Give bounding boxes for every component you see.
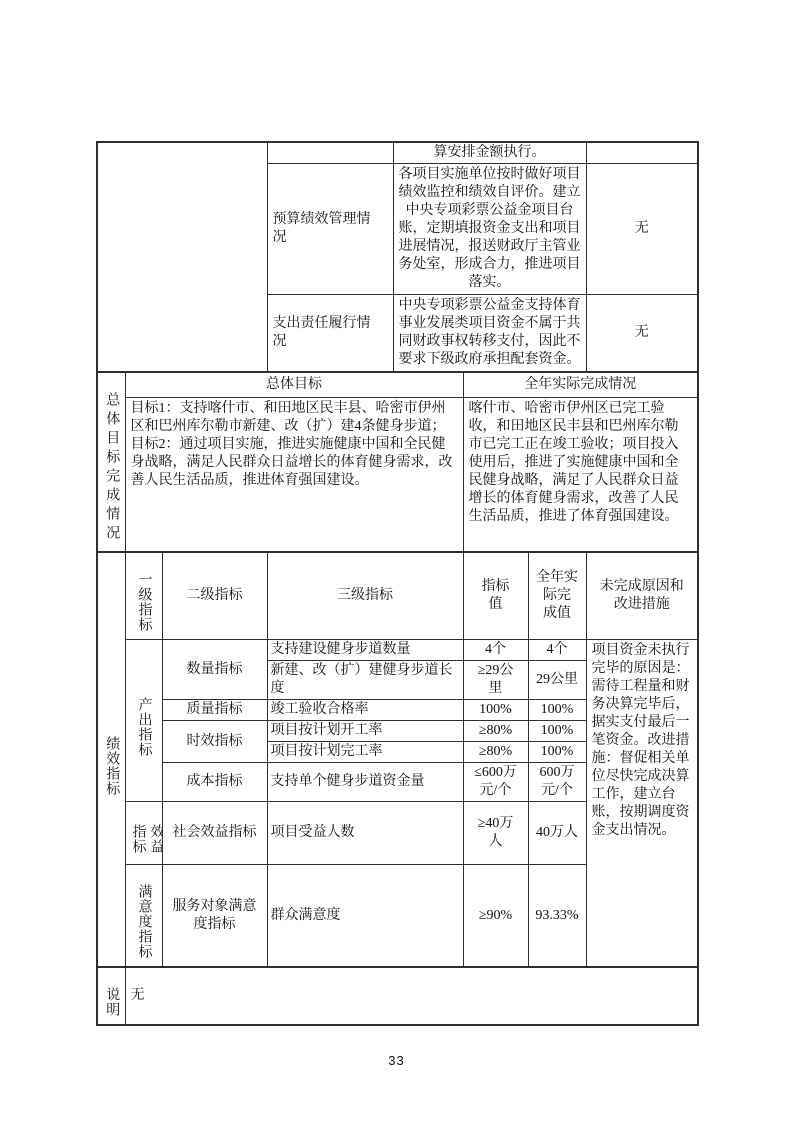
header-level1-text: 一级指标 — [135, 572, 153, 632]
header-level2: 二级指标 — [162, 552, 267, 640]
completion-header: 全年实际完成情况 — [463, 372, 698, 397]
indicator-actual: 100% — [528, 700, 586, 721]
indicator-name: 项目按计划完工率 — [267, 742, 463, 763]
indicator-target: 4个 — [463, 640, 528, 661]
goal-text: 目标1：支持喀什市、和田地区民丰县、哈密市伊州区和巴州库尔勒市新建、改（扩）建4… — [125, 397, 463, 552]
remarks-content: 无 — [125, 967, 698, 1025]
level1-satisfaction-text: 满意度指标 — [135, 884, 153, 959]
indicator-actual: 600万 元/个 — [528, 763, 586, 802]
cell-empty — [267, 142, 393, 164]
level1-benefit: 效益指标 — [125, 802, 162, 865]
expenditure-duty-content: 中央专项彩票公益金支持体育事业发展类项目资金不属于共同财政事权转移支付，因此不要… — [393, 295, 586, 373]
reason-text: 项目资金未执行完毕的原因是：需待工程量和财务决算完毕后，据实支付最后一笔资金。改… — [586, 640, 698, 968]
cell-empty — [586, 142, 698, 164]
header-actual: 全年实 际完 成值 — [528, 552, 586, 640]
indicators-vertical-label: 绩效指标 — [102, 736, 120, 796]
indicator-actual: 100% — [528, 742, 586, 763]
header-level1: 一级指标 — [125, 552, 162, 640]
indicator-target: ≥29公 里 — [463, 661, 528, 700]
indicator-name: 新建、改（扩）建健身步道长度 — [267, 661, 463, 700]
side-label-overall-goal: 总体目标完成情况 — [97, 372, 125, 552]
header-level3: 三级指标 — [267, 552, 463, 640]
header-target: 指标 值 — [463, 552, 528, 640]
side-label-indicators: 绩效指标 — [97, 552, 125, 967]
indicator-target: ≥90% — [463, 865, 528, 968]
level1-output-text: 产出指标 — [135, 697, 153, 757]
level2-quality: 质量指标 — [162, 700, 267, 721]
row-label-expenditure-duty: 支出责任履行情 况 — [267, 295, 393, 373]
remarks-vertical-label: 说明 — [102, 987, 120, 1017]
cell-prev-section-left — [97, 142, 267, 372]
completion-text: 喀什市、哈密市伊州区已完工验收，和田地区民丰县和巴州库尔勒市已完工正在竣工验收；… — [463, 397, 698, 552]
budget-performance-status: 无 — [586, 164, 698, 295]
indicator-target: ≤600万 元/个 — [463, 763, 528, 802]
header-reason: 未完成原因和 改进措施 — [586, 552, 698, 640]
indicator-actual: 100% — [528, 721, 586, 742]
indicator-name: 竣工验收合格率 — [267, 700, 463, 721]
indicator-actual: 93.33% — [528, 865, 586, 968]
level2-service-satisfaction: 服务对象满意 度指标 — [162, 865, 267, 968]
indicator-name: 项目按计划开工率 — [267, 721, 463, 742]
level2-timeliness: 时效指标 — [162, 721, 267, 763]
budget-performance-content: 各项目实施单位按时做好项目绩效监控和绩效自评价。建立中央专项彩票公益金项目台账，… — [393, 164, 586, 295]
indicator-actual: 40万人 — [528, 802, 586, 865]
level2-cost: 成本指标 — [162, 763, 267, 802]
document-page: 算安排金额执行。 预算绩效管理情 况 各项目实施单位按时做好项目绩效监控和绩效自… — [0, 0, 793, 1122]
indicator-name: 群众满意度 — [267, 865, 463, 968]
level2-social-benefit: 社会效益指标 — [162, 802, 267, 865]
goal-header: 总体目标 — [125, 372, 463, 397]
level1-benefit-text: 效益指标 — [129, 821, 163, 857]
report-table: 算安排金额执行。 预算绩效管理情 况 各项目实施单位按时做好项目绩效监控和绩效自… — [96, 141, 699, 1026]
indicator-name: 支持单个健身步道资金量 — [267, 763, 463, 802]
expenditure-duty-status: 无 — [586, 295, 698, 373]
indicator-target: ≥80% — [463, 742, 528, 763]
row-label-budget-performance: 预算绩效管理情 况 — [267, 164, 393, 295]
indicator-name: 支持建设健身步道数量 — [267, 640, 463, 661]
overall-goal-vertical-label: 总体目标完成情况 — [102, 392, 120, 544]
indicator-target: ≥80% — [463, 721, 528, 742]
table-row: 产出指标 数量指标 支持建设健身步道数量 4个 4个 项目资金未执行完毕的原因是… — [97, 640, 698, 661]
indicator-actual: 4个 — [528, 640, 586, 661]
indicator-actual: 29公里 — [528, 661, 586, 700]
remarks-label-cell: 说明 — [97, 967, 125, 1025]
carryover-text: 算安排金额执行。 — [393, 142, 586, 164]
level2-quantity: 数量指标 — [162, 640, 267, 700]
level1-output: 产出指标 — [125, 640, 162, 802]
indicator-target: ≥40万 人 — [463, 802, 528, 865]
page-number: 33 — [0, 1053, 793, 1068]
level1-satisfaction: 满意度指标 — [125, 865, 162, 968]
indicator-target: 100% — [463, 700, 528, 721]
indicator-name: 项目受益人数 — [267, 802, 463, 865]
